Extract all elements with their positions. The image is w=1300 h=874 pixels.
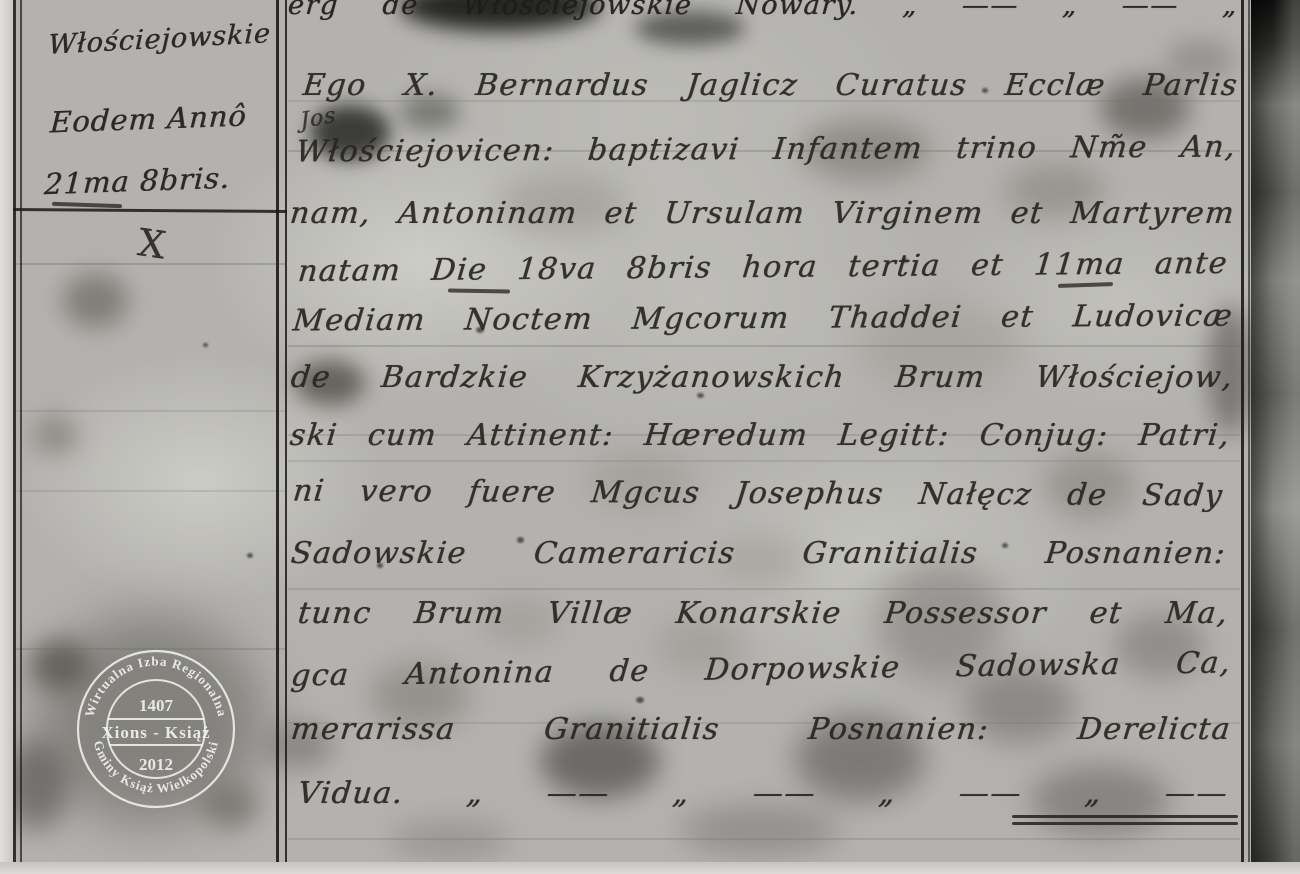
record-line: Włościejovicen: baptizavi Infantem trino… [294, 130, 1237, 170]
underline-mark [52, 202, 122, 208]
stamp-year-bottom: 2012 [139, 755, 173, 774]
column-divider-outer [276, 0, 279, 874]
underline-mark [448, 288, 510, 293]
ruled-streak [288, 345, 1240, 347]
ink-stain [680, 805, 840, 855]
ink-stain [33, 415, 78, 455]
record-line: Mediam Noctem Mgcorum Thaddei et Ludovic… [291, 299, 1234, 339]
margin-date-line2: 21ma 8bris. [43, 161, 231, 202]
closing-line [1012, 815, 1238, 818]
manuscript-page: Włościejowskie Eodem Annô 21ma 8bris. X … [0, 0, 1300, 874]
record-line: Ego X. Bernardus Jaglicz Curatus Ecclæ P… [301, 68, 1240, 103]
right-border-line-inner [1248, 0, 1250, 874]
underline-mark [1058, 282, 1113, 287]
record-line: gca Antonina de Dorpowskie Sadowska Ca‚ [289, 645, 1232, 693]
page-gutter-edge [1251, 0, 1300, 874]
ink-stain [390, 820, 510, 860]
header-fragment-line: erg de Włościejowskie Nowary. „ —— „ —— … [287, 0, 1239, 21]
ruled-streak [288, 588, 1240, 590]
ruled-streak [16, 490, 285, 492]
ink-stain [636, 697, 644, 703]
closing-line [1012, 822, 1238, 825]
column-divider-inner [285, 0, 287, 874]
record-line: ski cum Attinent: Hæredum Legitt: Conjug… [288, 418, 1232, 453]
margin-cross-mark: X [135, 220, 169, 267]
ink-stain [63, 273, 128, 328]
record-line: de Bardzkie Krzyżanowskich Brum Włościej… [289, 360, 1235, 395]
ruled-streak [16, 410, 285, 412]
record-line: Sadowskie Cameraricis Granitialis Posnan… [289, 536, 1228, 571]
watermark-stamp: Wirtualna Izba Regionalna Gminy Książ Wi… [46, 619, 266, 839]
left-border-line-inner [20, 0, 22, 862]
record-line: ni vero fuere Mgcus Josephus Nałęcz de S… [291, 474, 1225, 514]
interlinear-note: Jos [299, 103, 337, 134]
ink-stain [247, 553, 253, 558]
scan-edge-left [0, 0, 13, 874]
ruled-streak [288, 460, 1240, 462]
margin-place-name: Włościejowskie [48, 18, 272, 61]
record-line: merarissa Granitialis Posnanien: Derelic… [289, 712, 1233, 747]
stamp-center-label: Xions - Książ [101, 723, 210, 742]
margin-date-line1: Eodem Annô [49, 99, 248, 140]
margin-horizontal-rule [13, 208, 287, 212]
right-border-line-outer [1241, 0, 1244, 874]
record-line: nam, Antoninam et Ursulam Virginem et Ma… [288, 196, 1237, 231]
ink-stain [203, 343, 208, 347]
record-line: tunc Brum Villæ Konarskie Possessor et M… [296, 596, 1230, 631]
left-border-line-outer [13, 0, 16, 862]
scan-edge-bottom [0, 862, 1300, 874]
ruled-streak [288, 838, 1240, 840]
record-line: Vidua. „ —— „ —— „ —— „ —— [296, 776, 1230, 811]
stamp-year-top: 1407 [139, 696, 174, 715]
